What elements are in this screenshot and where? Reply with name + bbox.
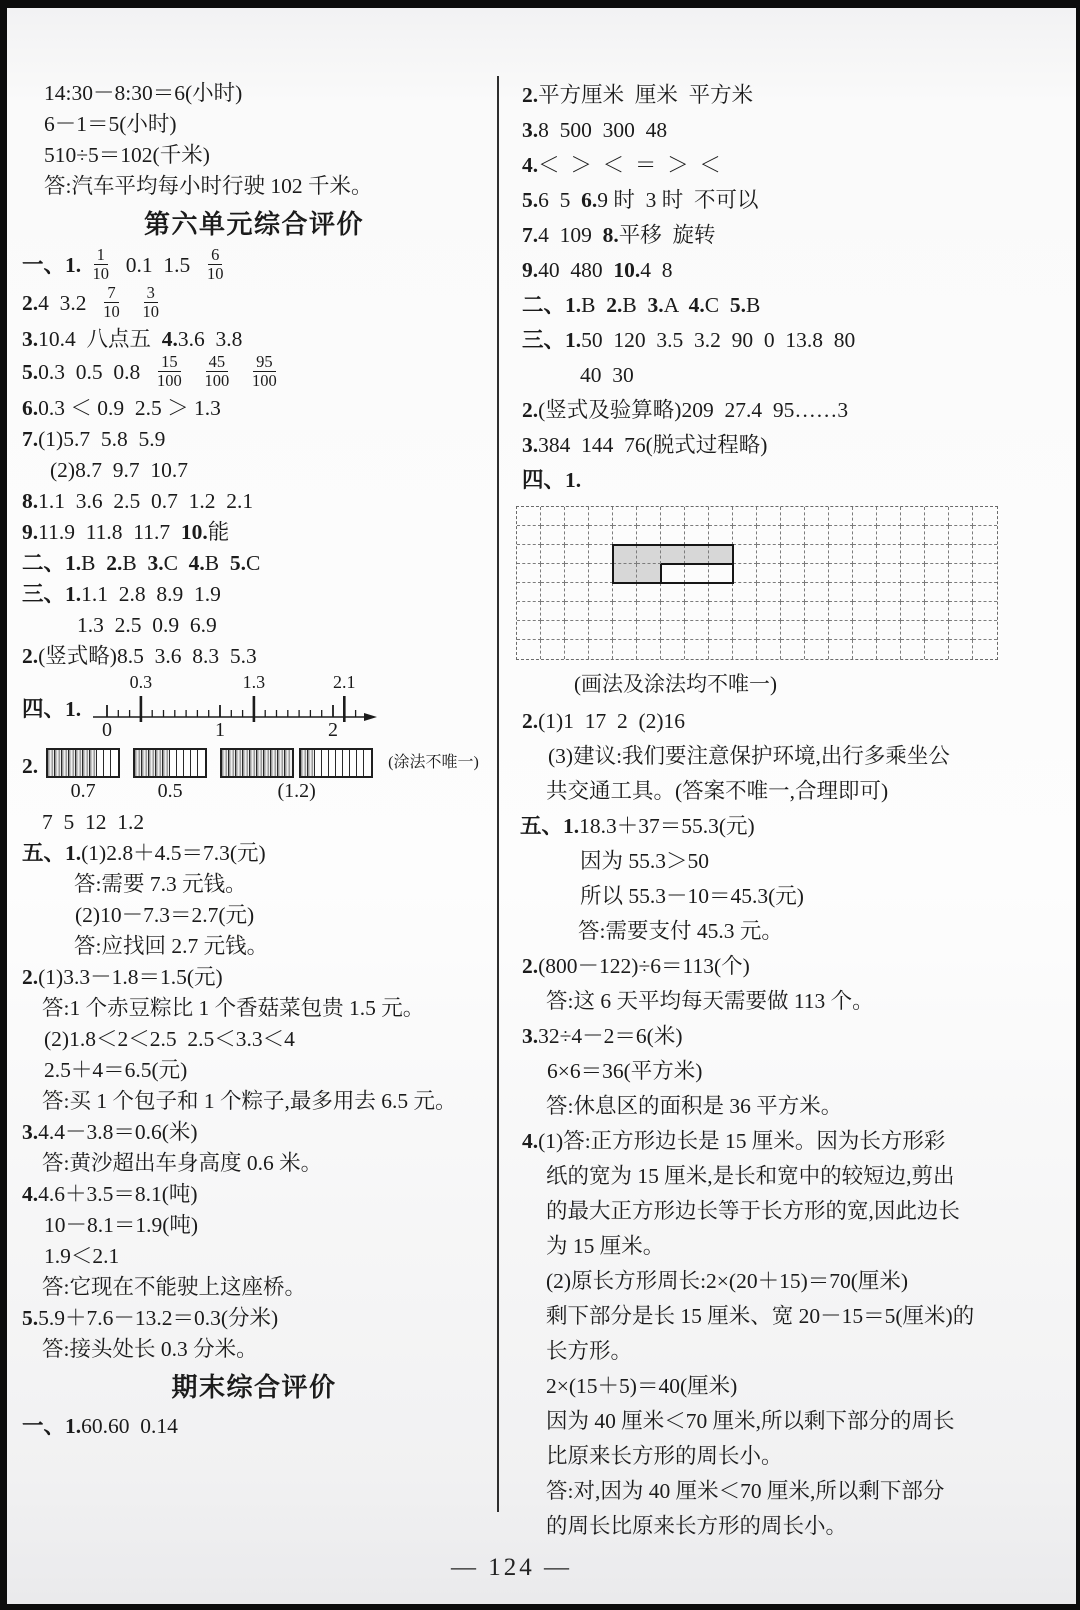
item-number: 2. bbox=[22, 965, 38, 989]
grid-cell bbox=[973, 564, 997, 583]
answer-text: 长方形。 bbox=[546, 1339, 632, 1363]
grid-cell bbox=[613, 526, 637, 545]
strip-cell bbox=[257, 750, 264, 776]
strip-cell bbox=[83, 750, 90, 776]
answer-text: B bbox=[581, 293, 606, 317]
answer-text: C bbox=[246, 551, 260, 575]
answer-line: 三、1.50 120 3.5 3.2 90 0 13.8 80 bbox=[512, 323, 1008, 358]
answer-line: 因为 40 厘米＜70 厘米,所以剩下部分的周长 bbox=[512, 1404, 1008, 1439]
grid-cell bbox=[781, 507, 805, 526]
grid-cell bbox=[805, 583, 829, 602]
strip-cell bbox=[222, 750, 229, 776]
answer-text: 3.6 3.8 bbox=[178, 327, 243, 351]
grid-cell bbox=[901, 526, 925, 545]
grid-cell bbox=[877, 640, 901, 659]
answer-line: (2)8.7 9.7 10.7 bbox=[20, 455, 488, 486]
grid-cell bbox=[805, 545, 829, 564]
number-line-figure: 0.31.32.1012 bbox=[87, 672, 383, 742]
answer-line: 5.6 5 6.9 时 3 时 不可以 bbox=[512, 183, 1008, 218]
decimal-strip bbox=[220, 748, 294, 778]
answer-text: (3)建议:我们要注意保护环境,出行多乘坐公 bbox=[548, 744, 950, 768]
answer-line: 8.1.1 3.6 2.5 0.7 1.2 2.1 bbox=[20, 486, 488, 517]
grid-cell bbox=[973, 640, 997, 659]
item-number: 4. bbox=[22, 1182, 38, 1206]
fraction-denominator: 10 bbox=[101, 303, 122, 321]
answer-text: 因为 55.3＞50 bbox=[580, 849, 709, 873]
number-line-label-below: 2 bbox=[328, 719, 338, 741]
grid-cell bbox=[853, 526, 877, 545]
strip-cell bbox=[308, 750, 315, 776]
grid-cell bbox=[733, 526, 757, 545]
grid-cell bbox=[925, 564, 949, 583]
decimal-strips-row: 2.0.70.5(1.2)(涂法不唯一) bbox=[20, 748, 488, 805]
strip-cell bbox=[357, 750, 364, 776]
strip-cell bbox=[336, 750, 343, 776]
answer-text: (1)2.8＋4.5＝7.3(元) bbox=[81, 841, 266, 865]
answer-line: 1.3 2.5 0.9 6.9 bbox=[20, 610, 488, 641]
answer-text: 4 8 bbox=[640, 258, 672, 282]
answer-line: 7.4 109 8.平移 旋转 bbox=[512, 218, 1008, 253]
item-number: 2. bbox=[522, 398, 538, 422]
strip-cell bbox=[198, 750, 205, 776]
grid-cell bbox=[901, 621, 925, 640]
grid-cell bbox=[685, 507, 709, 526]
strip-cell bbox=[48, 750, 55, 776]
grid-cell bbox=[709, 507, 733, 526]
answer-line: 比原来长方形的周长小。 bbox=[512, 1439, 1008, 1474]
answer-text: 7 5 12 1.2 bbox=[42, 810, 144, 834]
answer-text bbox=[235, 360, 246, 384]
fraction-numerator: 95 bbox=[253, 353, 276, 372]
grid-cell bbox=[853, 545, 877, 564]
answer-line: 二、1.B 2.B 3.C 4.B 5.C bbox=[20, 548, 488, 579]
grid-cell bbox=[757, 545, 781, 564]
answer-line: 2.(竖式及验算略)209 27.4 95……3 bbox=[512, 393, 1008, 428]
grid-cell bbox=[565, 602, 589, 621]
grid-cell bbox=[637, 526, 661, 545]
grid-cell bbox=[925, 507, 949, 526]
fraction-denominator: 10 bbox=[141, 303, 162, 321]
strip-cell bbox=[329, 750, 336, 776]
item-number: 10. bbox=[613, 258, 640, 282]
fraction: 15100 bbox=[155, 353, 184, 391]
grid-cell bbox=[709, 640, 733, 659]
grid-cell bbox=[661, 602, 685, 621]
strip-group: 0.7 bbox=[46, 748, 120, 805]
answer-text: B bbox=[746, 293, 760, 317]
item-number: 9. bbox=[522, 258, 538, 282]
answer-line: 二、1.B 2.B 3.A 4.C 5.B bbox=[512, 288, 1008, 323]
answer-line: 答:对,因为 40 厘米＜70 厘米,所以剩下部分 bbox=[512, 1474, 1008, 1509]
answer-text: 的最大正方形边长等于长方形的宽,因此边长 bbox=[546, 1199, 960, 1223]
answer-line: 所以 55.3－10＝45.3(元) bbox=[512, 879, 1008, 914]
grid-cell bbox=[637, 507, 661, 526]
grid-cell bbox=[661, 640, 685, 659]
grid-cell bbox=[565, 526, 589, 545]
grid-cell bbox=[853, 564, 877, 583]
answer-text: 1.1 3.6 2.5 0.7 1.2 2.1 bbox=[38, 489, 253, 513]
grid-cell bbox=[805, 507, 829, 526]
grid-cell bbox=[661, 526, 685, 545]
answer-line: 2.平方厘米 厘米 平方米 bbox=[512, 78, 1008, 113]
grid-cell bbox=[973, 545, 997, 564]
grid-cell bbox=[757, 526, 781, 545]
answer-text: 1.3 2.5 0.9 6.9 bbox=[77, 613, 217, 637]
answer-text: 平方厘米 厘米 平方米 bbox=[538, 83, 753, 107]
fraction-denominator: 100 bbox=[203, 372, 232, 390]
answer-text: 平移 旋转 bbox=[619, 223, 716, 247]
item-number: 四、1. bbox=[522, 468, 581, 492]
strip-cell bbox=[69, 750, 76, 776]
answer-text bbox=[126, 291, 137, 315]
answer-line: 一、1. 110 0.1 1.5 610 bbox=[20, 248, 488, 286]
answer-line: 因为 55.3＞50 bbox=[512, 844, 1008, 879]
grid-cell bbox=[541, 602, 565, 621]
answer-line: 4.＜ ＞ ＜ ＝ ＞ ＜ bbox=[512, 148, 1008, 183]
fraction-numerator: 15 bbox=[158, 353, 181, 372]
item-number: 2. bbox=[522, 709, 538, 733]
answer-line: 五、1.18.3＋37＝55.3(元) bbox=[512, 809, 1008, 844]
item-number: 一、1. bbox=[22, 253, 81, 277]
grid-cell bbox=[805, 526, 829, 545]
grid-cell bbox=[805, 564, 829, 583]
grid-cell bbox=[781, 621, 805, 640]
fraction: 310 bbox=[141, 284, 162, 322]
answer-line: 3.10.4 八点五 4.3.6 3.8 bbox=[20, 324, 488, 355]
grid-cell bbox=[973, 583, 997, 602]
item-number: 二、1. bbox=[22, 551, 81, 575]
grid-cell bbox=[781, 545, 805, 564]
answer-text: (竖式及验算略)209 27.4 95……3 bbox=[538, 398, 848, 422]
answer-text: 40 480 bbox=[538, 258, 613, 282]
item-number: 三、1. bbox=[522, 328, 581, 352]
answer-line: 共交通工具。(答案不唯一,合理即可) bbox=[512, 774, 1008, 809]
grid-cell bbox=[733, 621, 757, 640]
answer-line: 四、1. bbox=[512, 463, 1008, 498]
item-number: 4. bbox=[162, 327, 178, 351]
answer-text: (1)1 17 2 (2)16 bbox=[538, 709, 685, 733]
strip-cell bbox=[104, 750, 111, 776]
grid-cell bbox=[637, 640, 661, 659]
item-number: 5. bbox=[522, 188, 538, 212]
number-line-label-above: 2.1 bbox=[333, 672, 356, 692]
number-line-label-above: 0.3 bbox=[130, 672, 153, 692]
strips-note: (涂法不唯一) bbox=[388, 748, 479, 805]
item-number: 五、1. bbox=[520, 814, 579, 838]
answer-line: 剩下部分是长 15 厘米、宽 20－15＝5(厘米)的 bbox=[512, 1299, 1008, 1334]
strip-cell bbox=[177, 750, 184, 776]
answer-text: 6 5 bbox=[538, 188, 581, 212]
answer-text: 9 时 3 时 不可以 bbox=[597, 188, 758, 212]
answer-text: A bbox=[664, 293, 689, 317]
answer-line: 4.4.6＋3.5＝8.1(吨) bbox=[20, 1179, 488, 1210]
answer-line: 9.11.9 11.8 11.7 10.能 bbox=[20, 517, 488, 548]
grid-cell bbox=[685, 621, 709, 640]
answer-text: 因为 40 厘米＜70 厘米,所以剩下部分的周长 bbox=[546, 1409, 955, 1433]
fraction-numerator: 6 bbox=[208, 246, 222, 265]
grid-cell bbox=[853, 621, 877, 640]
grid-cell bbox=[829, 621, 853, 640]
answer-text: 剩下部分是长 15 厘米、宽 20－15＝5(厘米)的 bbox=[546, 1304, 974, 1328]
book-page: 14:30－8:30＝6(小时)6－1＝5(小时)510÷5＝102(千米)答:… bbox=[7, 8, 1076, 1604]
grid-cell bbox=[517, 621, 541, 640]
answer-line: 2.(1)3.3－1.8＝1.5(元) bbox=[20, 962, 488, 993]
grid-cell bbox=[925, 583, 949, 602]
fraction: 110 bbox=[91, 246, 112, 284]
answer-text: 4 3.2 bbox=[38, 291, 97, 315]
grid-cell bbox=[589, 526, 613, 545]
item-number: 4. bbox=[189, 551, 205, 575]
answer-text: (800－122)÷6＝113(个) bbox=[538, 954, 750, 978]
answer-text: 32÷4－2＝6(米) bbox=[538, 1024, 682, 1048]
answer-text: 答:汽车平均每小时行驶 102 千米。 bbox=[44, 174, 372, 198]
grid-cell bbox=[541, 583, 565, 602]
answer-text: 答:它现在不能驶上这座桥。 bbox=[42, 1275, 306, 1299]
grid-cell bbox=[925, 621, 949, 640]
answer-text: 所以 55.3－10＝45.3(元) bbox=[580, 884, 804, 908]
fraction-denominator: 100 bbox=[155, 372, 184, 390]
answer-line: 14:30－8:30＝6(小时) bbox=[20, 78, 488, 109]
item-number: 2. bbox=[606, 293, 622, 317]
grid-cell bbox=[901, 602, 925, 621]
item-number: 6. bbox=[22, 396, 38, 420]
grid-cell bbox=[589, 564, 613, 583]
item-number: 4. bbox=[689, 293, 705, 317]
answer-text: B bbox=[122, 551, 147, 575]
grid-cell bbox=[685, 640, 709, 659]
answer-line: (2)10－7.3＝2.7(元) bbox=[20, 900, 488, 931]
item-number: 7. bbox=[22, 427, 38, 451]
grid-cell bbox=[757, 583, 781, 602]
item-number: 二、1. bbox=[522, 293, 581, 317]
shade-boundary-vertical bbox=[660, 564, 662, 583]
answer-text: 50 120 3.5 3.2 90 0 13.8 80 bbox=[581, 328, 855, 352]
item-number: 四、1. bbox=[22, 672, 81, 725]
answer-text bbox=[188, 360, 199, 384]
answer-text: 比原来长方形的周长小。 bbox=[546, 1444, 783, 1468]
answer-text: B bbox=[205, 551, 230, 575]
answer-text: 5.9＋7.6－13.2＝0.3(分米) bbox=[38, 1306, 278, 1330]
answer-line: 五、1.(1)2.8＋4.5＝7.3(元) bbox=[20, 838, 488, 869]
grid-cell bbox=[829, 507, 853, 526]
grid-cell bbox=[541, 621, 565, 640]
grid-cell bbox=[733, 640, 757, 659]
answer-line: 的周长比原来长方形的周长小。 bbox=[512, 1509, 1008, 1544]
grid-cell bbox=[877, 583, 901, 602]
grid-cell bbox=[829, 602, 853, 621]
answer-text: 2.5＋4＝6.5(元) bbox=[44, 1058, 187, 1082]
grid-cell bbox=[661, 583, 685, 602]
answer-line: (2)1.8＜2＜2.5 2.5＜3.3＜4 bbox=[20, 1024, 488, 1055]
item-number: 2. bbox=[22, 748, 38, 782]
answer-text: (竖式略)8.5 3.6 8.3 5.3 bbox=[38, 644, 257, 668]
grid-canvas bbox=[516, 506, 998, 660]
grid-cell bbox=[757, 564, 781, 583]
grid-cell bbox=[589, 621, 613, 640]
fraction-numerator: 45 bbox=[206, 353, 229, 372]
answer-text bbox=[81, 253, 86, 277]
item-number: 2. bbox=[522, 954, 538, 978]
grid-cell bbox=[973, 621, 997, 640]
grid-cell bbox=[877, 526, 901, 545]
answer-text: (1)3.3－1.8＝1.5(元) bbox=[38, 965, 223, 989]
strip-cell bbox=[184, 750, 191, 776]
answer-line: 三、1.1.1 2.8 8.9 1.9 bbox=[20, 579, 488, 610]
answer-line: 答:应找回 2.7 元钱。 bbox=[20, 931, 488, 962]
answer-text: 40 30 bbox=[580, 363, 634, 387]
grid-cell bbox=[925, 526, 949, 545]
item-number: 10. bbox=[181, 520, 208, 544]
fraction-numerator: 1 bbox=[94, 246, 108, 265]
item-number: 3. bbox=[522, 1024, 538, 1048]
answer-line: 1.9＜2.1 bbox=[20, 1241, 488, 1272]
decimal-strip bbox=[133, 748, 207, 778]
number-line-label-below: 0 bbox=[102, 719, 112, 741]
strip-cell bbox=[156, 750, 163, 776]
grid-cell bbox=[565, 507, 589, 526]
item-number: 2. bbox=[522, 83, 538, 107]
answer-line: 5.5.9＋7.6－13.2＝0.3(分米) bbox=[20, 1303, 488, 1334]
strip-cell bbox=[170, 750, 177, 776]
answer-line: 2.5＋4＝6.5(元) bbox=[20, 1055, 488, 1086]
answer-text: 答:应找回 2.7 元钱。 bbox=[74, 934, 268, 958]
item-number: 6. bbox=[581, 188, 597, 212]
answer-line: 2×(15＋5)＝40(厘米) bbox=[512, 1369, 1008, 1404]
answer-line: 6.0.3 ＜ 0.9 2.5 ＞ 1.3 bbox=[20, 393, 488, 424]
strip-cell bbox=[343, 750, 350, 776]
grid-cell bbox=[757, 640, 781, 659]
grid-cell bbox=[709, 526, 733, 545]
item-number: 4. bbox=[522, 153, 538, 177]
grid-cell bbox=[685, 583, 709, 602]
answer-line: 长方形。 bbox=[512, 1334, 1008, 1369]
grid-cell bbox=[829, 545, 853, 564]
grid-cell bbox=[853, 507, 877, 526]
grid-cell bbox=[589, 545, 613, 564]
grid-cell bbox=[517, 564, 541, 583]
strip-cell bbox=[301, 750, 308, 776]
grid-cell bbox=[853, 583, 877, 602]
answer-line: 一、1.60.60 0.14 bbox=[20, 1411, 488, 1442]
grid-cell bbox=[613, 621, 637, 640]
decimal-strip bbox=[46, 748, 120, 778]
answer-line: 答:买 1 个包子和 1 个粽子,最多用去 6.5 元。 bbox=[20, 1086, 488, 1117]
answer-text: B bbox=[81, 551, 106, 575]
item-number: 4. bbox=[522, 1129, 538, 1153]
answer-line: 3.384 144 76(脱式过程略) bbox=[512, 428, 1008, 463]
item-number: 5. bbox=[22, 360, 38, 384]
grid-cell bbox=[685, 526, 709, 545]
strip-cell bbox=[97, 750, 104, 776]
number-line-row: 四、1.0.31.32.1012 bbox=[20, 672, 488, 742]
item-number: 五、1. bbox=[22, 841, 81, 865]
answer-line: 5.0.3 0.5 0.8 15100 45100 95100 bbox=[20, 355, 488, 393]
grid-cell bbox=[637, 621, 661, 640]
answer-text: 0.3 ＜ 0.9 2.5 ＞ 1.3 bbox=[38, 396, 221, 420]
answer-text: 10－8.1＝1.9(吨) bbox=[44, 1213, 198, 1237]
item-number: 3. bbox=[22, 1120, 38, 1144]
grid-cell bbox=[733, 507, 757, 526]
answer-text: 答:这 6 天平均每天需要做 113 个。 bbox=[546, 989, 874, 1013]
strip-cell bbox=[315, 750, 322, 776]
grid-cell bbox=[757, 507, 781, 526]
strip-cell bbox=[163, 750, 170, 776]
grid-cell bbox=[805, 621, 829, 640]
grid-cell bbox=[853, 602, 877, 621]
grid-cell bbox=[877, 507, 901, 526]
answer-line: 答:1 个赤豆粽比 1 个香菇菜包贵 1.5 元。 bbox=[20, 993, 488, 1024]
grid-cell bbox=[877, 545, 901, 564]
answer-text: C bbox=[164, 551, 189, 575]
answer-line: 3.32÷4－2＝6(米) bbox=[512, 1019, 1008, 1054]
strip-cell bbox=[250, 750, 257, 776]
answer-line: 2.4 3.2 710 310 bbox=[20, 286, 488, 324]
answer-text: 能 bbox=[208, 520, 230, 544]
answer-line: 答:需要 7.3 元钱。 bbox=[20, 869, 488, 900]
item-number: 9. bbox=[22, 520, 38, 544]
grid-cell bbox=[829, 526, 853, 545]
item-number: 3. bbox=[22, 327, 38, 351]
grid-cell bbox=[781, 640, 805, 659]
answer-text: (1)答:正方形边长是 15 厘米。因为长方形彩 bbox=[538, 1129, 945, 1153]
grid-cell bbox=[925, 640, 949, 659]
answer-text: 0.1 1.5 bbox=[115, 253, 201, 277]
grid-cell bbox=[949, 621, 973, 640]
grid-figure bbox=[516, 506, 1008, 660]
strip-label: (1.2) bbox=[277, 778, 315, 805]
answer-text: (2)原长方形周长:2×(20＋15)＝70(厘米) bbox=[546, 1269, 908, 1293]
answer-text: 18.3＋37＝55.3(元) bbox=[579, 814, 755, 838]
grid-cell bbox=[829, 640, 853, 659]
item-number: 7. bbox=[522, 223, 538, 247]
item-number: 三、1. bbox=[22, 582, 81, 606]
answer-text: 纸的宽为 15 厘米,是长和宽中的较短边,剪出 bbox=[546, 1164, 955, 1188]
answer-line: 40 30 bbox=[512, 358, 1008, 393]
page-number: — 124 — bbox=[7, 1554, 1016, 1582]
grid-cell bbox=[973, 507, 997, 526]
number-line-label-above: 1.3 bbox=[243, 672, 266, 692]
fraction: 95100 bbox=[250, 353, 279, 391]
grid-cell bbox=[901, 564, 925, 583]
column-divider bbox=[497, 76, 499, 1512]
figure-caption: (画法及涂法均不唯一) bbox=[512, 664, 1008, 704]
answer-text: (2)1.8＜2＜2.5 2.5＜3.3＜4 bbox=[44, 1027, 295, 1051]
answer-text: 1.9＜2.1 bbox=[44, 1244, 119, 1268]
left-column: 14:30－8:30＝6(小时)6－1＝5(小时)510÷5＝102(千米)答:… bbox=[20, 78, 488, 1442]
answer-text: B bbox=[622, 293, 647, 317]
grid-cell bbox=[877, 621, 901, 640]
answer-line: 6－1＝5(小时) bbox=[20, 109, 488, 140]
grid-cell bbox=[949, 526, 973, 545]
strip-cell bbox=[229, 750, 236, 776]
grid-cell bbox=[949, 583, 973, 602]
grid-cell bbox=[709, 621, 733, 640]
fraction: 710 bbox=[101, 284, 122, 322]
grid-cell bbox=[949, 602, 973, 621]
grid-cell bbox=[949, 507, 973, 526]
strip-cell bbox=[76, 750, 83, 776]
grid-cell bbox=[565, 564, 589, 583]
grid-cell bbox=[589, 583, 613, 602]
answer-text: 10.4 八点五 bbox=[38, 327, 162, 351]
item-number: 5. bbox=[22, 1306, 38, 1330]
grid-cell bbox=[901, 640, 925, 659]
strip-cell bbox=[364, 750, 371, 776]
item-number: 2. bbox=[22, 644, 38, 668]
item-number: 5. bbox=[230, 551, 246, 575]
grid-cell bbox=[805, 640, 829, 659]
strip-row bbox=[46, 748, 120, 778]
